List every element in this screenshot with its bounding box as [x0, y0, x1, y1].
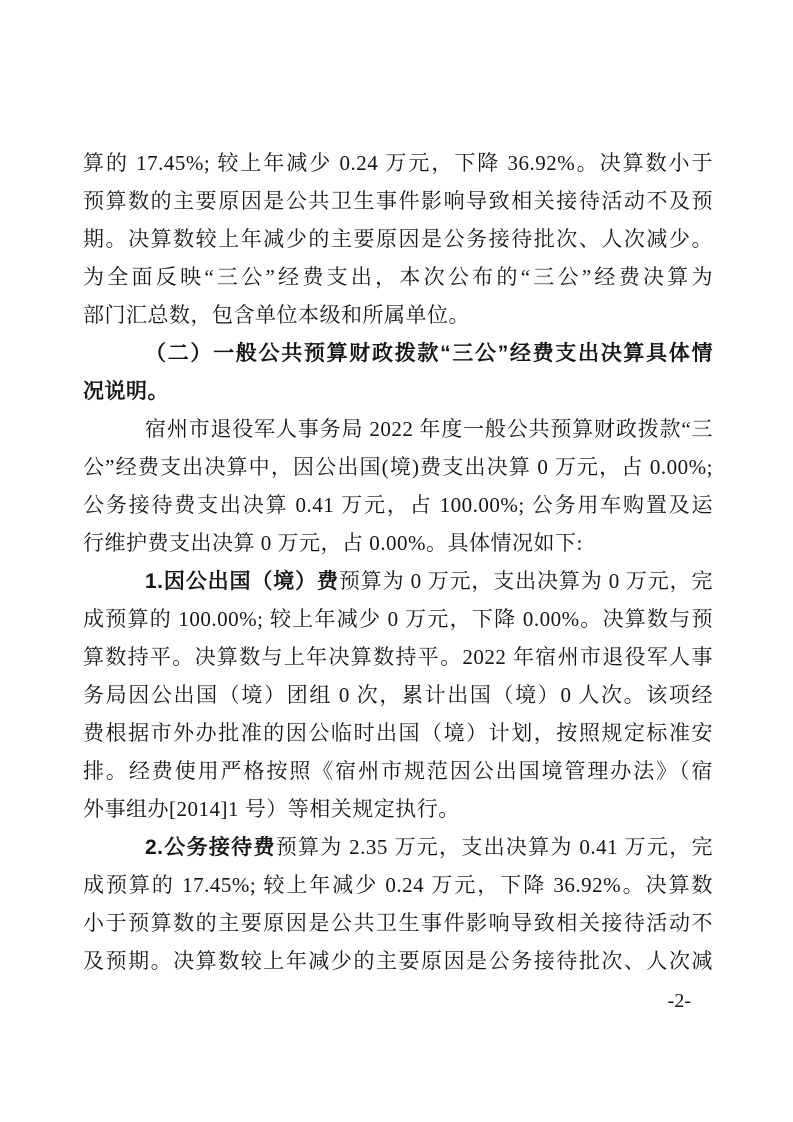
- text-line: 部门汇总数，包含单位本级和所属单位。: [83, 296, 713, 334]
- text-line: 行维护费支出决算 0 万元，占 0.00%。具体情况如下:: [83, 524, 713, 562]
- text-line: 2.公务接待费预算为 2.35 万元，支出决算为 0.41 万元，完: [83, 828, 713, 866]
- emphasis-text: 1.因公出国（境）费: [145, 570, 339, 593]
- body-text: 小于预算数的主要原因是公共卫生事件影响导致相关接待活动不: [83, 911, 713, 935]
- text-line: （二）一般公共预算财政拨款“三公”经费支出决算具体情: [83, 334, 713, 372]
- body-text: 公务接待费支出决算 0.41 万元，占 100.00%; 公务用车购置及运: [83, 493, 713, 517]
- body-text: 成预算的 17.45%; 较上年减少 0.24 万元，下降 36.92%。决算数: [83, 873, 713, 897]
- text-line: 费根据市外办批准的因公临时出国（境）计划，按照规定标准安: [83, 714, 713, 752]
- text-line: 况说明。: [83, 372, 713, 410]
- text-line: 排。经费使用严格按照《宿州市规范因公出国境管理办法》（宿: [83, 752, 713, 790]
- body-text: 算数持平。决算数与上年决算数持平。2022 年宿州市退役军人事: [83, 645, 713, 669]
- document-page: 算的 17.45%; 较上年减少 0.24 万元，下降 36.92%。决算数小于…: [0, 0, 793, 1122]
- text-block: 算的 17.45%; 较上年减少 0.24 万元，下降 36.92%。决算数小于…: [83, 144, 713, 980]
- body-text: 期。决算数较上年减少的主要原因是公务接待批次、人次减少。: [83, 227, 713, 251]
- text-line: 小于预算数的主要原因是公共卫生事件影响导致相关接待活动不: [83, 904, 713, 942]
- text-line: 外事组办[2014]1 号）等相关规定执行。: [83, 790, 713, 828]
- body-text: 部门汇总数，包含单位本级和所属单位。: [83, 303, 470, 327]
- emphasis-text: 况说明。: [83, 380, 169, 403]
- text-line: 算的 17.45%; 较上年减少 0.24 万元，下降 36.92%。决算数小于: [83, 144, 713, 182]
- page-number: -2-: [83, 982, 713, 1020]
- text-line: 宿州市退役军人事务局 2022 年度一般公共预算财政拨款“三: [83, 410, 713, 448]
- body-text: 为全面反映“三公”经费支出，本次公布的“三公”经费决算为: [83, 265, 713, 289]
- body-text: 行维护费支出决算 0 万元，占 0.00%。具体情况如下:: [83, 531, 583, 555]
- text-line: 期。决算数较上年减少的主要原因是公务接待批次、人次减少。: [83, 220, 713, 258]
- text-line: 务局因公出国（境）团组 0 次，累计出国（境）0 人次。该项经: [83, 676, 713, 714]
- page-number-label: -2-: [668, 990, 691, 1012]
- body-text: 预算为 0 万元，支出决算为 0 万元，完: [339, 569, 713, 593]
- body-text: 算的 17.45%; 较上年减少 0.24 万元，下降 36.92%。决算数小于: [83, 151, 713, 175]
- body-text: 费根据市外办批准的因公临时出国（境）计划，按照规定标准安: [83, 721, 713, 745]
- body-text: 务局因公出国（境）团组 0 次，累计出国（境）0 人次。该项经: [83, 683, 713, 707]
- body-text: 成预算的 100.00%; 较上年减少 0 万元，下降 0.00%。决算数与预: [83, 607, 713, 631]
- text-line: 为全面反映“三公”经费支出，本次公布的“三公”经费决算为: [83, 258, 713, 296]
- text-line: 公”经费支出决算中，因公出国(境)费支出决算 0 万元，占 0.00%;: [83, 448, 713, 486]
- body-text: 公”经费支出决算中，因公出国(境)费支出决算 0 万元，占 0.00%;: [83, 455, 713, 479]
- text-line: 及预期。决算数较上年减少的主要原因是公务接待批次、人次减: [83, 942, 713, 980]
- text-line: 公务接待费支出决算 0.41 万元，占 100.00%; 公务用车购置及运: [83, 486, 713, 524]
- text-line: 成预算的 100.00%; 较上年减少 0 万元，下降 0.00%。决算数与预: [83, 600, 713, 638]
- emphasis-text: 2.公务接待费: [145, 836, 276, 859]
- text-line: 预算数的主要原因是公共卫生事件影响导致相关接待活动不及预: [83, 182, 713, 220]
- text-line: 1.因公出国（境）费预算为 0 万元，支出决算为 0 万元，完: [83, 562, 713, 600]
- body-text: 宿州市退役军人事务局 2022 年度一般公共预算财政拨款“三: [145, 417, 713, 441]
- text-line: 算数持平。决算数与上年决算数持平。2022 年宿州市退役军人事: [83, 638, 713, 676]
- body-text: 及预期。决算数较上年减少的主要原因是公务接待批次、人次减: [83, 949, 713, 973]
- body-text: 预算数的主要原因是公共卫生事件影响导致相关接待活动不及预: [83, 189, 713, 213]
- emphasis-text: （二）一般公共预算财政拨款“三公”经费支出决算具体情: [145, 342, 713, 365]
- text-line: 成预算的 17.45%; 较上年减少 0.24 万元，下降 36.92%。决算数: [83, 866, 713, 904]
- body-text: 预算为 2.35 万元，支出决算为 0.41 万元，完: [276, 835, 713, 859]
- body-text: 排。经费使用严格按照《宿州市规范因公出国境管理办法》（宿: [83, 759, 713, 783]
- body-text: 外事组办[2014]1 号）等相关规定执行。: [83, 797, 460, 821]
